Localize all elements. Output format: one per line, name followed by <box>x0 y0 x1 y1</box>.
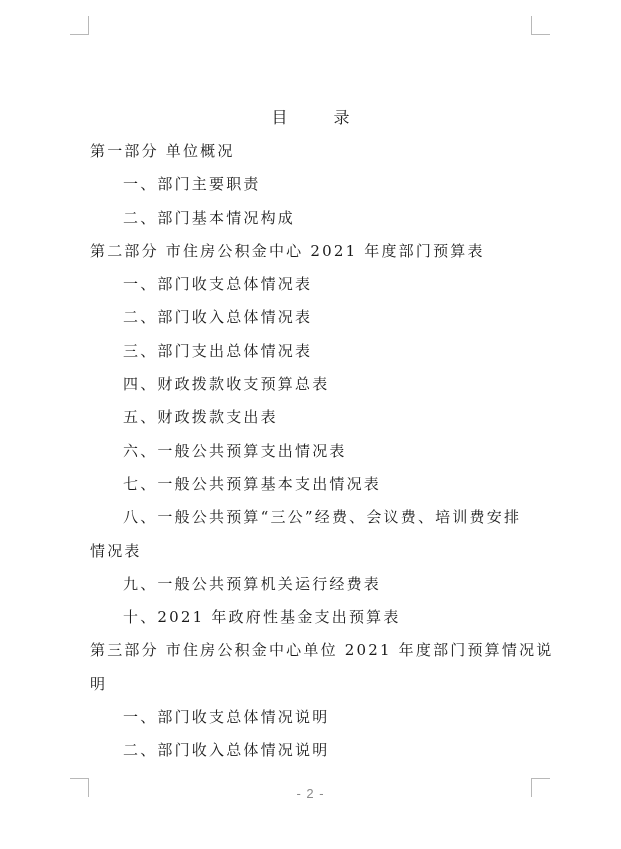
toc-item: 七、一般公共预算基本支出情况表 <box>90 473 535 506</box>
toc-item: 三、部门支出总体情况表 <box>90 340 535 373</box>
toc-part-3: 第三部分 市住房公积金中心单位 2021 年度部门预算情况说 <box>90 639 535 672</box>
toc-item: 一、部门收支总体情况说明 <box>90 706 535 739</box>
toc-item: 九、一般公共预算机关运行经费表 <box>90 573 535 606</box>
toc-item: 十、2021 年政府性基金支出预算表 <box>90 606 535 639</box>
toc-item: 五、财政拨款支出表 <box>90 406 535 439</box>
toc-item: 二、部门基本情况构成 <box>90 207 535 240</box>
toc-item-continuation: 情况表 <box>90 540 535 573</box>
title-char-2: 录 <box>334 105 350 128</box>
table-of-contents: 第一部分 单位概况 一、部门主要职责 二、部门基本情况构成 第二部分 市住房公积… <box>90 140 535 773</box>
title-char-1: 目 <box>271 105 287 128</box>
toc-item: 六、一般公共预算支出情况表 <box>90 440 535 473</box>
page-number: - 2 - <box>0 786 621 801</box>
toc-part-continuation: 明 <box>90 673 535 706</box>
toc-item: 一、部门主要职责 <box>90 173 535 206</box>
crop-mark-top-right <box>531 16 550 35</box>
toc-item: 四、财政拨款收支预算总表 <box>90 373 535 406</box>
toc-part-1: 第一部分 单位概况 <box>90 140 535 173</box>
toc-item: 八、一般公共预算“三公”经费、会议费、培训费安排 <box>90 506 535 539</box>
crop-mark-top-left <box>70 16 89 35</box>
toc-item: 二、部门收入总体情况表 <box>90 306 535 339</box>
toc-item: 一、部门收支总体情况表 <box>90 273 535 306</box>
toc-part-2: 第二部分 市住房公积金中心 2021 年度部门预算表 <box>90 240 535 273</box>
toc-item: 二、部门收入总体情况说明 <box>90 739 535 772</box>
page-title: 目录 <box>0 105 621 128</box>
